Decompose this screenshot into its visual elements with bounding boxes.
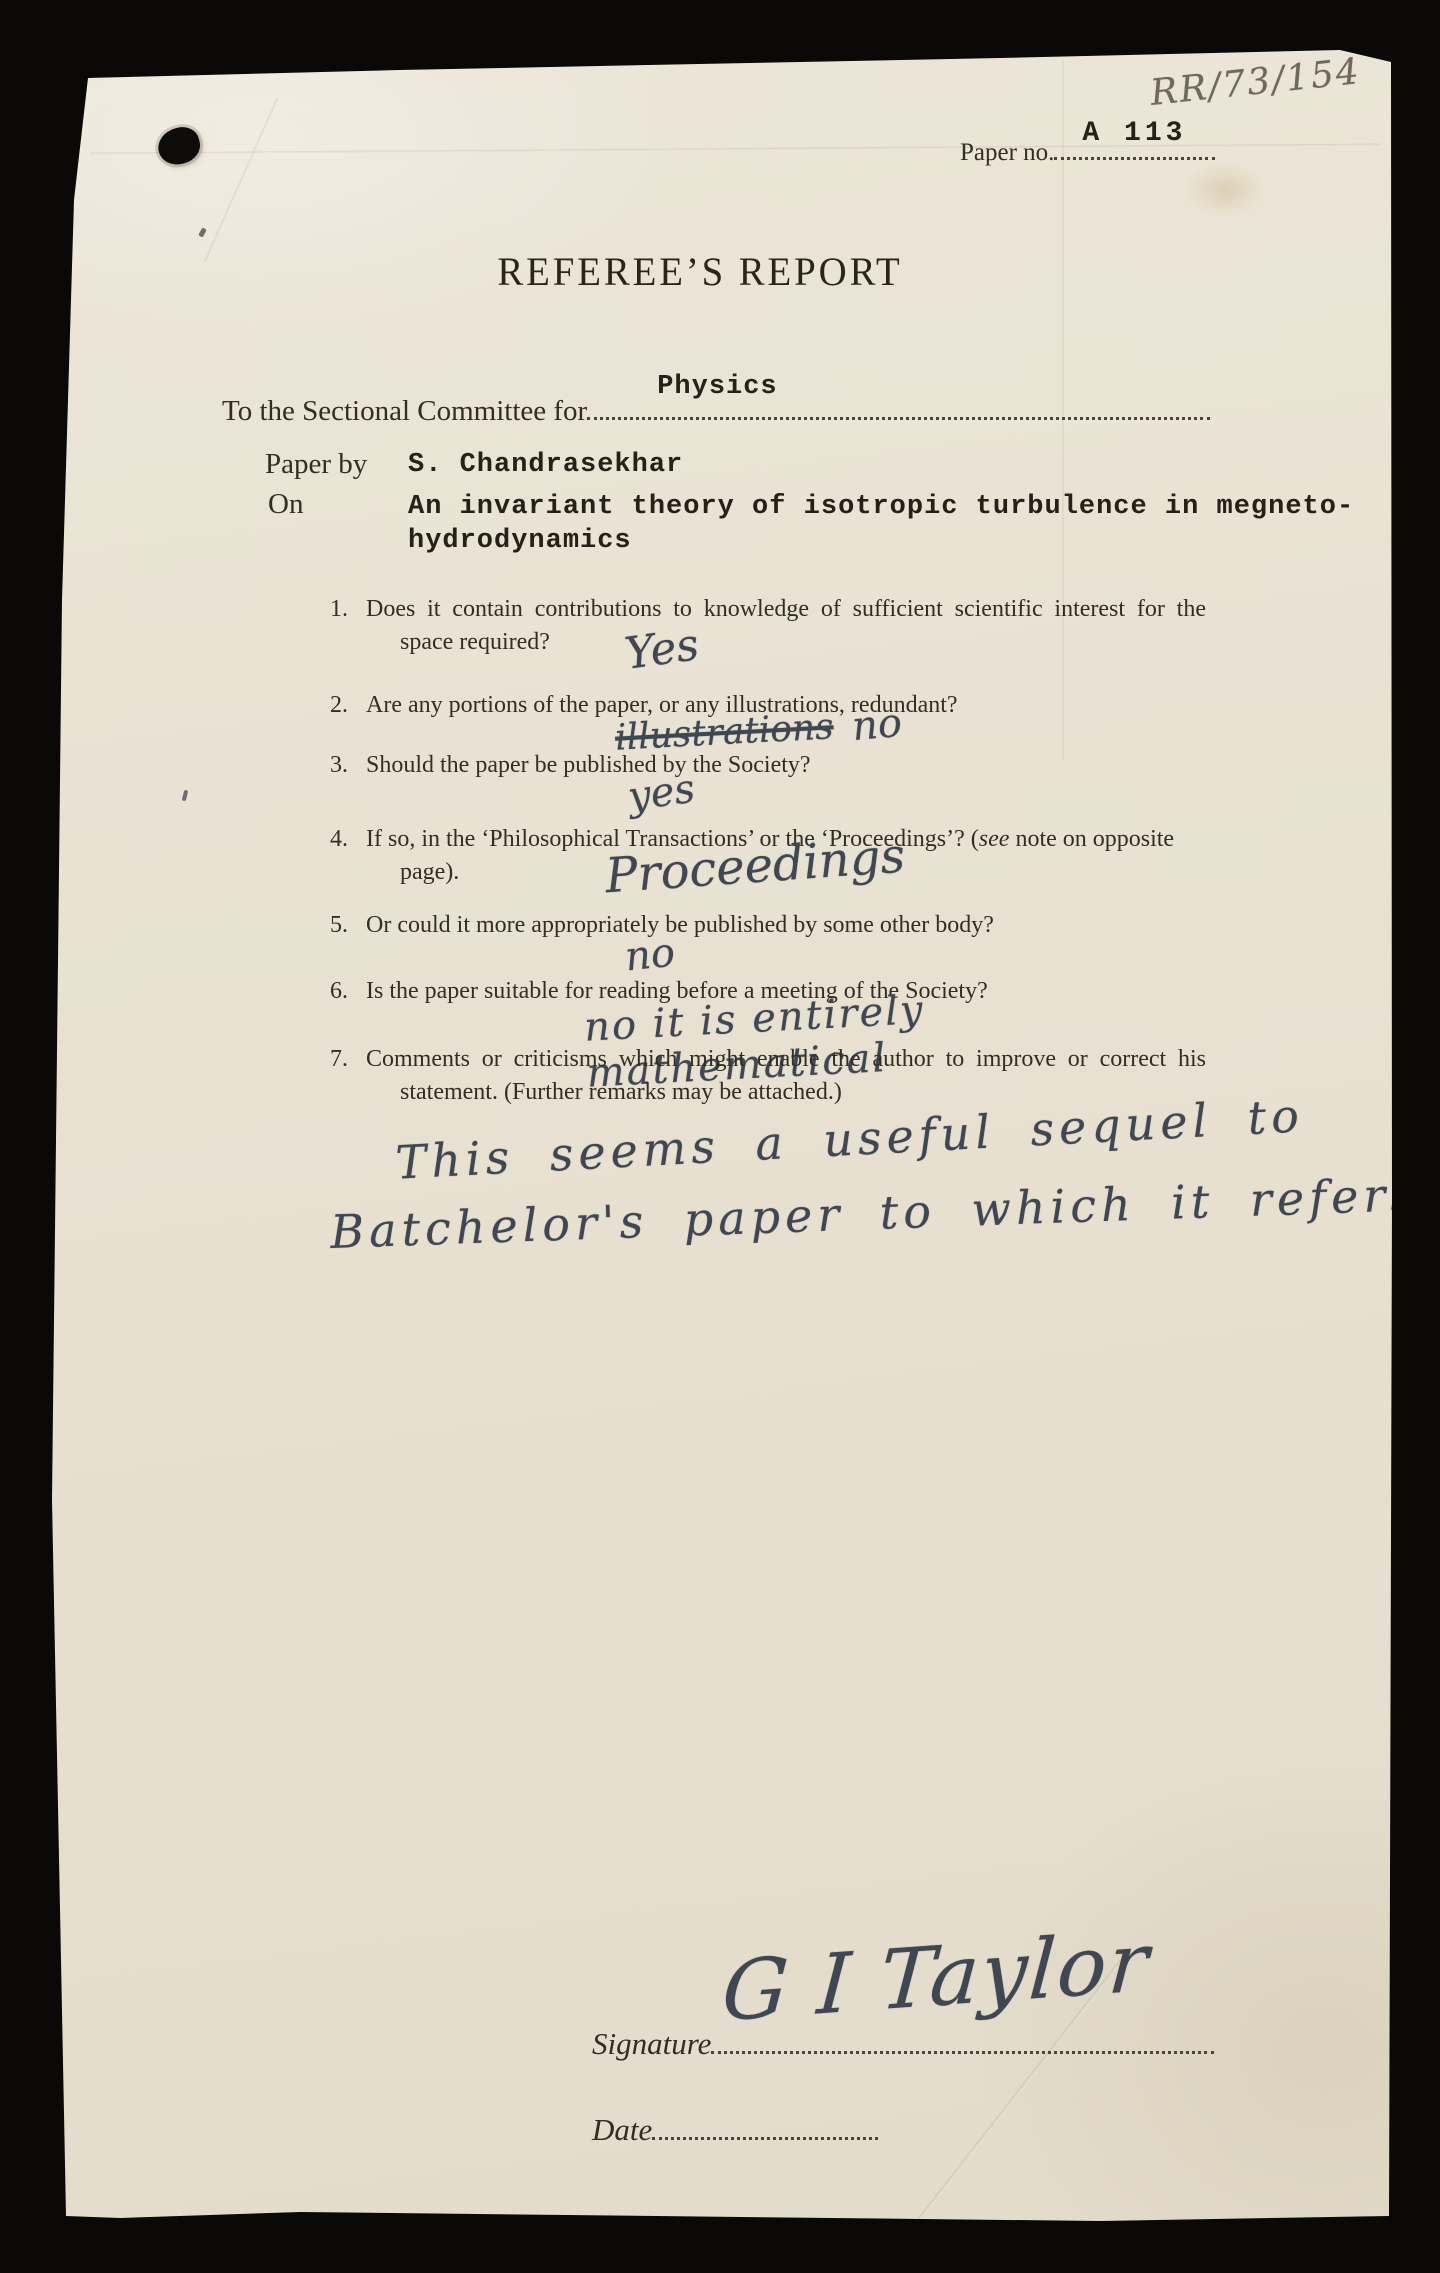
paper-title-line1: An invariant theory of isotropic turbule… <box>408 490 1354 524</box>
answer-3: yes <box>625 766 698 821</box>
committee-label: To the Sectional Committee for <box>222 395 587 428</box>
scanner-background: RR/73/154 Paper no. A 113 REFEREE’S REPO… <box>0 0 1440 2273</box>
question-7-line2: statement. (Further remarks may be attac… <box>400 1079 842 1106</box>
ink-speck <box>198 227 207 237</box>
paper-number-line: A 113 <box>1054 132 1215 160</box>
date-field: Date <box>592 2106 878 2148</box>
answer-2: no <box>850 700 904 750</box>
committee-line: Physics <box>587 388 1210 420</box>
paper-title-line2: hydrodynamics <box>408 524 632 558</box>
paper-number-label: Paper no. <box>960 139 1054 167</box>
question-4-line2: page). <box>400 859 459 886</box>
committee-value: Physics <box>657 372 777 402</box>
form-title: REFEREE’S REPORT <box>351 248 1049 295</box>
paper-number-value: A 113 <box>1082 118 1186 149</box>
question-2-number: 2. <box>330 692 360 719</box>
signature-label: Signature <box>592 2026 711 2062</box>
answer-5: no <box>623 930 677 981</box>
question-4-italic: see <box>979 826 1010 852</box>
paper-crease <box>203 97 278 262</box>
question-3-number: 3. <box>330 752 360 779</box>
question-4-line1b: note on opposite <box>1009 826 1174 852</box>
question-4-number: 4. <box>330 826 360 853</box>
paper-by-label: Paper by <box>265 448 367 481</box>
paper-by-value: S. Chandrasekhar <box>408 450 683 480</box>
question-7-line1: Comments or criticisms which might enabl… <box>366 1046 1206 1073</box>
question-5-number: 5. <box>330 912 360 939</box>
ink-speck <box>182 790 189 802</box>
answer-1: Yes <box>622 619 702 680</box>
question-5-line1: Or could it more appropriately be publis… <box>366 912 994 939</box>
date-label: Date <box>592 2112 652 2148</box>
committee-field: To the Sectional Committee for Physics <box>222 388 1210 428</box>
date-line <box>652 2106 878 2140</box>
question-1-line1: Does it contain contributions to knowled… <box>366 596 1206 623</box>
archive-reference: RR/73/154 <box>1148 51 1362 114</box>
question-7-number: 7. <box>330 1046 360 1073</box>
question-3-line1: Should the paper be published by the Soc… <box>366 752 811 779</box>
paper-number-field: Paper no. A 113 <box>960 132 1215 167</box>
punch-hole <box>154 123 203 168</box>
question-1-number: 1. <box>330 596 360 623</box>
question-6-number: 6. <box>330 978 360 1005</box>
report-sheet: RR/73/154 Paper no. A 113 REFEREE’S REPO… <box>0 0 1440 2273</box>
on-label: On <box>268 488 303 521</box>
question-1-line2: space required? <box>400 629 550 656</box>
